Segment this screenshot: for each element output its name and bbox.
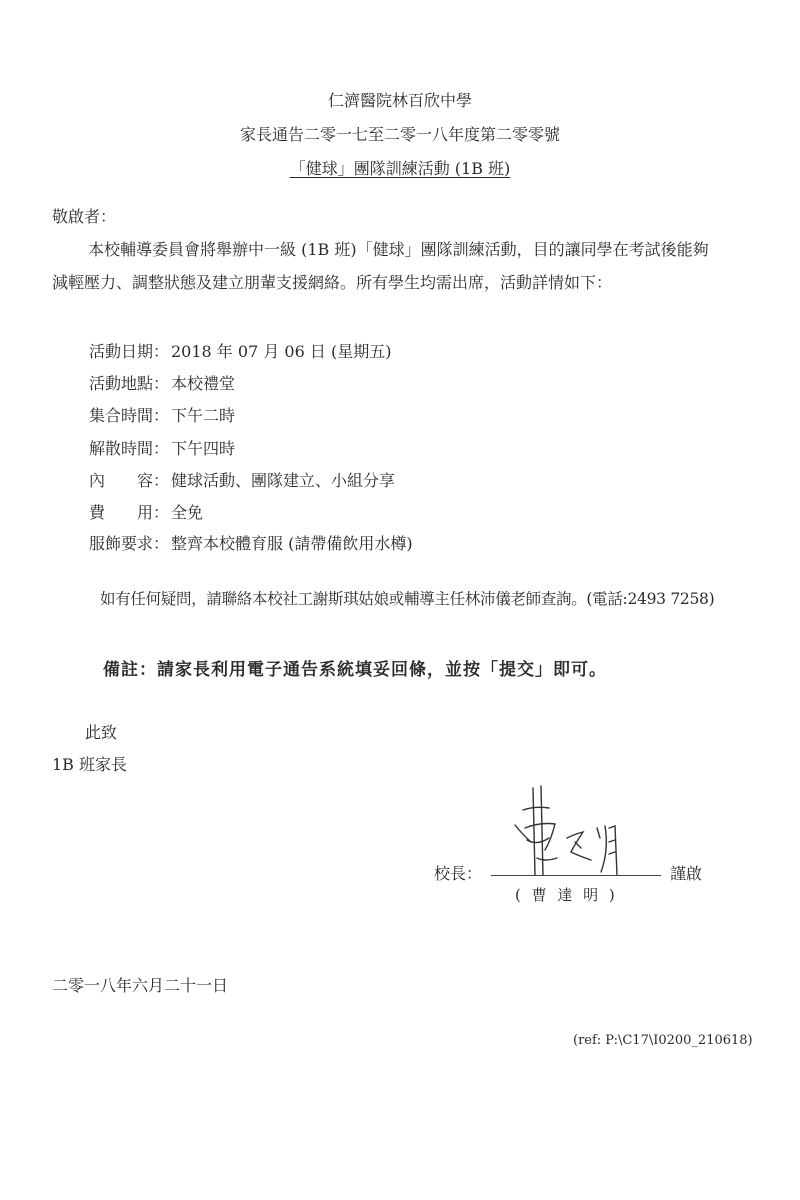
detail-row-attire: 服飾要求：整齊本校體育服 (請帶備飲用水樽): [89, 531, 413, 554]
issue-date: 二零一八年六月二十一日: [52, 973, 228, 996]
signature-title-label: 校長：: [434, 861, 482, 884]
reference-code: (ref: P:\C17\I0200_210618): [573, 1033, 753, 1048]
closing-regards: 此致: [85, 720, 117, 743]
notice-title: 「健球」團隊訓練活動 (1B 班): [290, 159, 511, 178]
detail-row-date: 活動日期：2018 年 07 月 06 日 (星期五): [89, 339, 391, 362]
intro-line-1: 本校輔導委員會將舉辦中一級 (1B 班)「健球」團隊訓練活動，目的讓同學在考試後…: [88, 237, 709, 260]
detail-value: 健球活動、團隊建立、小組分享: [171, 468, 395, 491]
notice-number: 家長通告二零一七至二零一八年度第二零零號: [0, 122, 800, 145]
detail-value: 全免: [171, 500, 203, 523]
school-name: 仁濟醫院林百欣中學: [0, 88, 800, 111]
detail-label: 活動日期：: [89, 339, 171, 362]
closing-recipient: 1B 班家長: [52, 752, 127, 775]
detail-row-content: 內 容：健球活動、團隊建立、小組分享: [89, 468, 395, 491]
signature-line: [491, 875, 661, 876]
salutation: 敬啟者：: [52, 204, 116, 227]
intro-line-2: 減輕壓力、調整狀態及建立朋輩支援網絡。所有學生均需出席，活動詳情如下：: [52, 270, 612, 293]
detail-value: 下午二時: [171, 403, 235, 426]
detail-row-assembly-time: 集合時間：下午二時: [89, 403, 235, 426]
notice-title-wrap: 「健球」團隊訓練活動 (1B 班): [0, 156, 800, 179]
detail-label: 費 用：: [89, 500, 171, 523]
detail-label: 集合時間：: [89, 403, 171, 426]
detail-value: 整齊本校體育服 (請帶備飲用水樽): [171, 531, 413, 554]
principal-name: ( 曹 達 明 ): [515, 884, 618, 905]
detail-value: 下午四時: [171, 436, 235, 459]
contact-info: 如有任何疑問，請聯絡本校社工謝斯琪姑娘或輔導主任林沛儀老師查詢。(電話:2493…: [100, 587, 714, 609]
detail-value: 2018 年 07 月 06 日 (星期五): [171, 339, 391, 362]
detail-row-venue: 活動地點：本校禮堂: [89, 371, 235, 394]
detail-label: 服飾要求：: [89, 531, 171, 554]
signature-suffix: 謹啟: [670, 861, 702, 884]
detail-value: 本校禮堂: [171, 371, 235, 394]
detail-label: 內 容：: [89, 468, 171, 491]
detail-row-fee: 費 用：全免: [89, 500, 203, 523]
detail-label: 活動地點：: [89, 371, 171, 394]
detail-label: 解散時間：: [89, 436, 171, 459]
detail-row-dismissal-time: 解散時間：下午四時: [89, 436, 235, 459]
signature-image: [505, 780, 655, 880]
remark: 備註：請家長利用電子通告系統填妥回條，並按「提交」即可。: [103, 655, 607, 680]
